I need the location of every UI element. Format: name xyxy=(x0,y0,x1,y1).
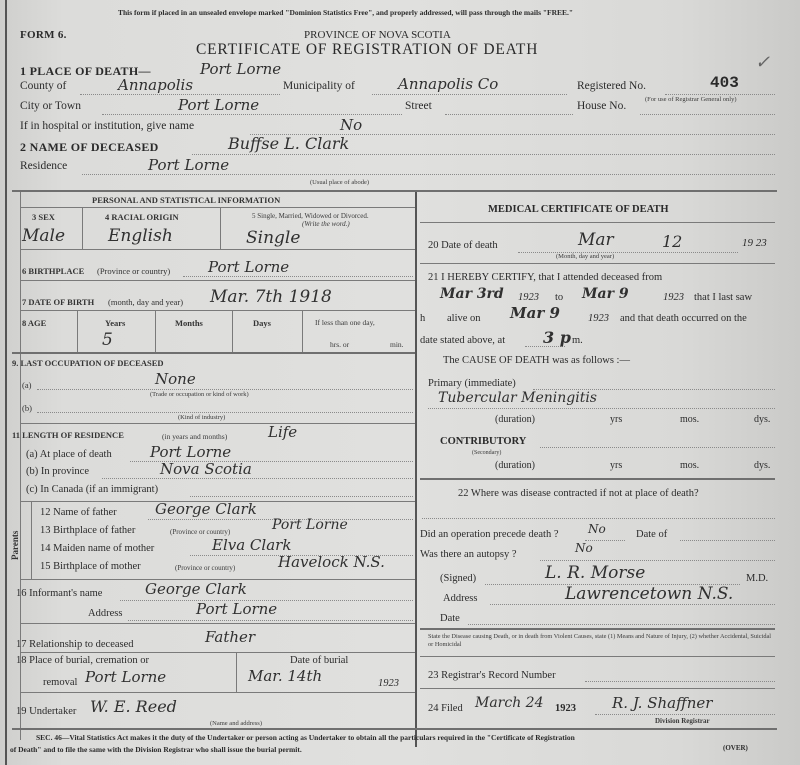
filed-year: 1923 xyxy=(555,703,576,714)
sex-label: 3 SEX xyxy=(32,212,55,222)
occupation-b-label: (b) xyxy=(22,403,32,413)
at-place-value: Port Lorne xyxy=(150,443,231,461)
residence-value: Port Lorne xyxy=(148,156,229,174)
attended-from: Mar 3rd xyxy=(440,286,504,302)
birthplace-value: Port Lorne xyxy=(208,258,289,276)
column-divider xyxy=(415,192,417,747)
racial-origin-value: English xyxy=(108,226,173,246)
registrar-signature: R. J. Shaffner xyxy=(612,694,712,712)
primary-yrs-label: yrs xyxy=(610,414,622,425)
municipality-value: Annapolis Co xyxy=(398,75,498,93)
mother-maiden-value: Elva Clark xyxy=(212,536,291,554)
undertaker-value: W. E. Reed xyxy=(90,697,177,716)
min-label: min. xyxy=(390,340,404,349)
relationship-label: 17 Relationship to deceased xyxy=(16,639,134,650)
cause-of-death-label: The CAUSE OF DEATH was as follows :— xyxy=(443,355,630,366)
operation-date-label: Date of xyxy=(636,529,667,540)
relationship-value: Father xyxy=(205,628,255,646)
racial-origin-label: 4 RACIAL ORIGIN xyxy=(105,212,179,222)
street-label: Street xyxy=(405,100,432,112)
county-label: County of xyxy=(20,80,66,92)
occupation-a-label: (a) xyxy=(22,380,31,390)
age-label: 8 AGE xyxy=(22,318,46,328)
attended-from-year: 1923 xyxy=(518,292,539,303)
date-of-death-label: 20 Date of death xyxy=(428,240,498,251)
informant-name-value: George Clark xyxy=(145,580,247,598)
dob-value: Mar. 7th 1918 xyxy=(210,287,332,307)
contributory-yrs-label: yrs xyxy=(610,460,622,471)
burial-place-label-2: removal xyxy=(43,677,77,688)
years-label: Years xyxy=(105,318,125,328)
father-name-value: George Clark xyxy=(155,500,257,518)
primary-cause-value: Tubercular Meningitis xyxy=(438,390,597,406)
medical-section-title: MEDICAL CERTIFICATE OF DEATH xyxy=(488,204,669,215)
mother-birthplace-note: (Province or country) xyxy=(175,564,235,572)
date-of-death-month: Mar xyxy=(578,230,614,250)
form-number: FORM 6. xyxy=(20,29,67,41)
footer-line-2: of Death" and to file the same with the … xyxy=(10,745,302,754)
contributory-mos-label: mos. xyxy=(680,460,699,471)
burial-year-value: 1923 xyxy=(378,678,399,689)
mailing-notice: This form if placed in an unsealed envel… xyxy=(118,8,573,17)
left-border xyxy=(5,0,7,765)
residence-length-value: Life xyxy=(268,423,297,441)
at-place-label: (a) At place of death xyxy=(26,449,112,460)
record-number-label: 23 Registrar's Record Number xyxy=(428,670,556,681)
personal-section-title: PERSONAL AND STATISTICAL INFORMATION xyxy=(92,195,280,205)
father-birthplace-label: 13 Birthplace of father xyxy=(40,525,135,536)
contracted-label: 22 Where was disease contracted if not a… xyxy=(458,488,699,499)
registered-number: 403 xyxy=(710,74,739,92)
marital-status-value: Single xyxy=(246,228,300,248)
residence-length-note: (in years and months) xyxy=(162,432,227,441)
county-value: Annapolis xyxy=(118,76,193,94)
filed-label: 24 Filed xyxy=(428,703,463,714)
date-of-death-note: (Month, day and year) xyxy=(556,253,614,260)
md-label: M.D. xyxy=(746,573,768,584)
occupation-label: 9. LAST OCCUPATION OF DECEASED xyxy=(12,358,164,368)
filed-value: March 24 xyxy=(475,695,544,711)
undertaker-label: 19 Undertaker xyxy=(16,706,76,717)
informant-address-label: Address xyxy=(88,608,122,619)
hospital-value: No xyxy=(340,116,362,134)
sex-value: Male xyxy=(22,226,65,246)
burial-date-label: Date of burial xyxy=(290,655,348,666)
date-stated-label: date stated above, at xyxy=(420,335,505,346)
primary-duration-label: (duration) xyxy=(495,414,535,425)
months-label: Months xyxy=(175,318,203,328)
signed-value: L. R. Morse xyxy=(545,563,645,583)
father-birthplace-value: Port Lorne xyxy=(272,517,348,533)
death-certificate: This form if placed in an unsealed envel… xyxy=(0,0,800,765)
years-value: 5 xyxy=(102,330,113,350)
place-of-death-value: Port Lorne xyxy=(200,60,281,78)
hrs-label: hrs. or xyxy=(330,340,349,349)
primary-label: Primary (immediate) xyxy=(428,378,516,389)
registered-note: (For use of Registrar General only) xyxy=(645,96,737,103)
attended-to-year: 1923 xyxy=(663,292,684,303)
primary-dys-label: dys. xyxy=(754,414,770,425)
burial-place-label-1: 18 Place of burial, cremation or xyxy=(16,655,149,666)
to-label: to xyxy=(555,292,563,303)
mother-maiden-label: 14 Maiden name of mother xyxy=(40,543,154,554)
occupation-a-value: None xyxy=(155,370,196,388)
name-of-deceased-label: 2 NAME OF DECEASED xyxy=(20,140,159,155)
informant-address-value: Port Lorne xyxy=(196,600,277,618)
in-canada-label: (c) In Canada (if an immigrant) xyxy=(26,484,158,495)
physician-address-value: Lawrencetown N.S. xyxy=(565,584,733,604)
province-heading: PROVINCE OF NOVA SCOTIA xyxy=(304,29,451,41)
registered-label: Registered No. xyxy=(577,80,646,92)
occupation-a-note: (Trade or occupation or kind of work) xyxy=(150,391,249,398)
informant-name-label: 16 Informant's name xyxy=(16,588,102,599)
days-label: Days xyxy=(253,318,271,328)
check-mark: ✓ xyxy=(755,52,770,73)
dob-label: 7 DATE OF BIRTH xyxy=(22,297,94,307)
alive-label: alive on xyxy=(447,313,481,324)
alive-prefix: h xyxy=(420,313,425,324)
father-name-label: 12 Name of father xyxy=(40,507,117,518)
operation-value: No xyxy=(588,522,606,536)
last-saw-label: that I last saw xyxy=(694,292,752,303)
physician-address-label: Address xyxy=(443,593,477,604)
date-of-death-year: 19 23 xyxy=(742,237,767,249)
footer-over: (OVER) xyxy=(723,744,748,752)
mother-birthplace-value: Havelock N.S. xyxy=(278,553,385,571)
marital-status-note: (Write the word.) xyxy=(302,220,350,228)
in-province-label: (b) In province xyxy=(26,466,89,477)
birthplace-note: (Province or country) xyxy=(97,266,170,276)
contributory-note: (Secondary) xyxy=(472,450,501,456)
parents-side-label: Parents xyxy=(10,531,20,560)
dob-note: (month, day and year) xyxy=(108,297,183,307)
attended-to: Mar 9 xyxy=(582,286,629,302)
marital-status-label: 5 Single, Married, Widowed or Divorced. xyxy=(252,212,369,220)
date-of-death-day: 12 xyxy=(662,232,682,251)
name-of-deceased-value: Buffse L. Clark xyxy=(228,134,349,153)
footer-line-1: SEC. 46—Vital Statistics Act makes it th… xyxy=(36,733,575,742)
autopsy-label: Was there an autopsy ? xyxy=(420,549,517,560)
disease-note: State the Disease causing Death, or in d… xyxy=(428,633,773,649)
certificate-title: CERTIFICATE OF REGISTRATION OF DEATH xyxy=(196,41,538,59)
birthplace-label: 6 BIRTHPLACE xyxy=(22,266,84,276)
alive-value: Mar 9 xyxy=(510,304,560,322)
autopsy-value: No xyxy=(575,541,593,555)
contributory-dys-label: dys. xyxy=(754,460,770,471)
time-suffix: m. xyxy=(572,335,583,346)
undertaker-note: (Name and address) xyxy=(210,720,262,727)
certify-label: 21 I HEREBY CERTIFY, that I attended dec… xyxy=(428,272,662,283)
father-birthplace-note: (Province or country) xyxy=(170,528,230,536)
residence-label: Residence xyxy=(20,160,67,172)
time-of-death-value: 3 p xyxy=(543,328,571,347)
city-value: Port Lorne xyxy=(178,96,259,114)
contributory-label: CONTRIBUTORY xyxy=(440,436,526,447)
death-occurred-label: and that death occurred on the xyxy=(620,313,747,324)
less-than-day-label: If less than one day, xyxy=(315,318,375,327)
in-province-value: Nova Scotia xyxy=(160,460,252,478)
primary-mos-label: mos. xyxy=(680,414,699,425)
municipality-label: Municipality of xyxy=(283,80,355,92)
city-label: City or Town xyxy=(20,100,81,112)
burial-date-value: Mar. 14th xyxy=(248,667,322,685)
alive-year: 1923 xyxy=(588,313,609,324)
house-label: House No. xyxy=(577,100,626,112)
operation-label: Did an operation precede death ? xyxy=(420,529,558,540)
hospital-label: If in hospital or institution, give name xyxy=(20,120,194,132)
residence-length-label: 11 LENGTH OF RESIDENCE xyxy=(12,430,124,440)
occupation-b-note: (Kind of industry) xyxy=(178,414,225,421)
physician-date-label: Date xyxy=(440,613,460,624)
burial-place-value: Port Lorne xyxy=(85,668,166,686)
signed-label: (Signed) xyxy=(440,573,476,584)
contributory-duration-label: (duration) xyxy=(495,460,535,471)
division-registrar-label: Division Registrar xyxy=(655,717,710,725)
residence-note: (Usual place of abode) xyxy=(310,179,369,186)
mother-birthplace-label: 15 Birthplace of mother xyxy=(40,561,141,572)
